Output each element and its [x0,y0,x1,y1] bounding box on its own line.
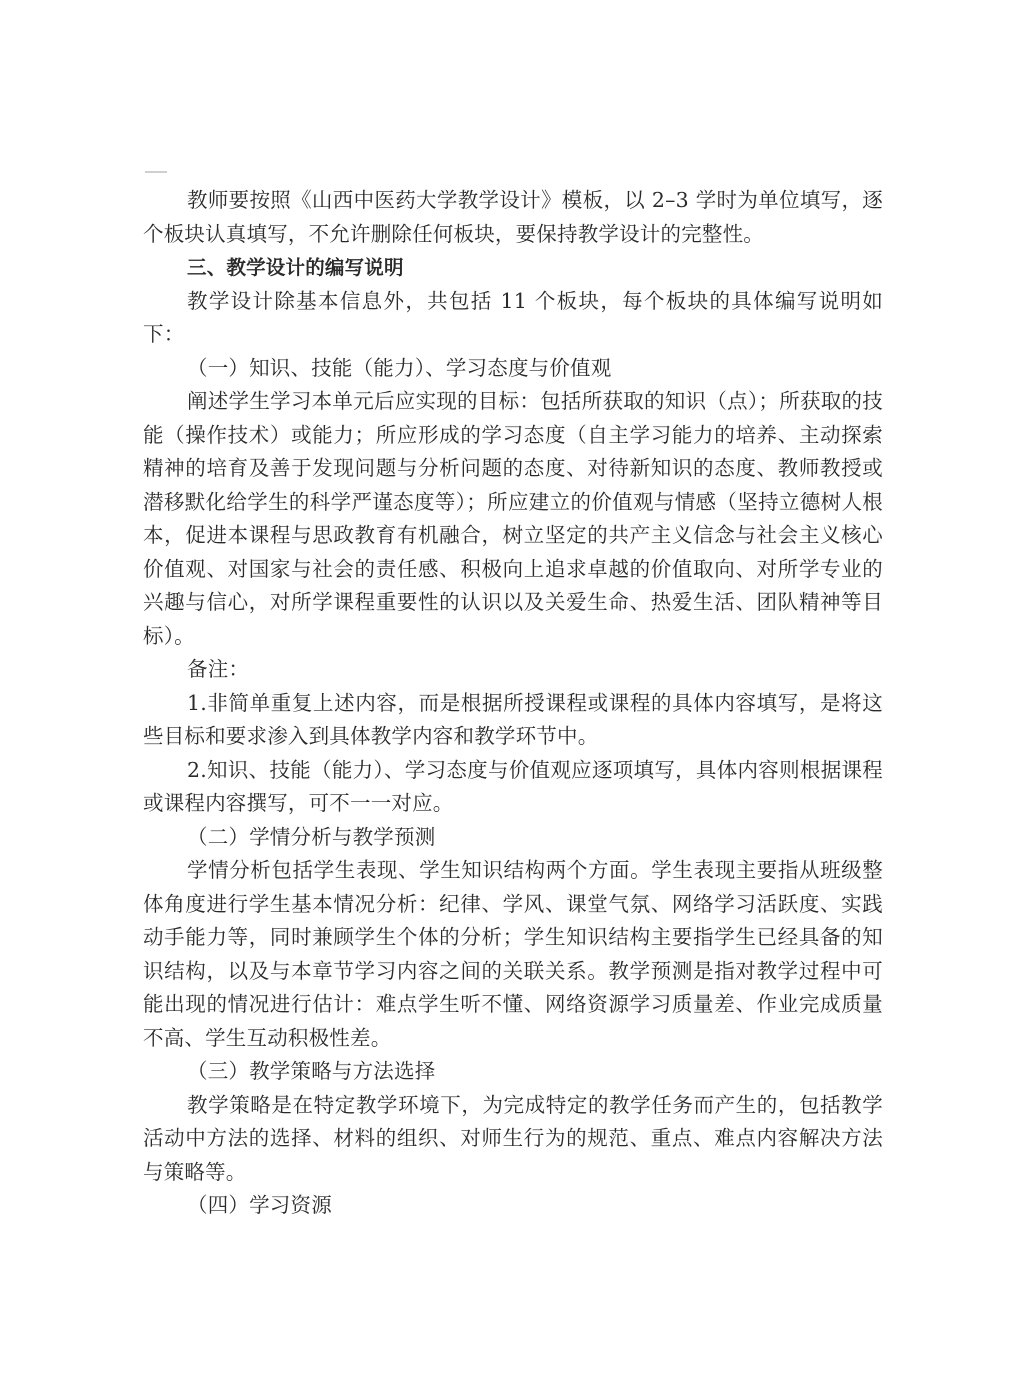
note-item-1: 1.非简单重复上述内容，而是根据所授课程或课程的具体内容填写，是将这些目标和要求… [143,687,883,754]
student-analysis-paragraph: 学情分析包括学生表现、学生知识结构两个方面。学生表现主要指从班级整体角度进行学生… [143,854,883,1055]
strategy-paragraph: 教学策略是在特定教学环境下，为完成特定的教学任务而产生的，包括教学活动中方法的选… [143,1089,883,1190]
subheading-4: （四）学习资源 [143,1189,883,1223]
document-page: 教师要按照《山西中医药大学教学设计》模板，以 2–3 学时为单位填写，逐个板块认… [143,184,883,1223]
section-heading-3: 三、教学设计的编写说明 [143,251,883,285]
scan-artifact-mark [145,171,167,173]
notes-label: 备注： [143,653,883,687]
intro-paragraph: 教师要按照《山西中医药大学教学设计》模板，以 2–3 学时为单位填写，逐个板块认… [143,184,883,251]
note-item-2: 2.知识、技能（能力）、学习态度与价值观应逐项填写，具体内容则根据课程或课程内容… [143,754,883,821]
subheading-1: （一）知识、技能（能力）、学习态度与价值观 [143,352,883,386]
objectives-paragraph: 阐述学生学习本单元后应实现的目标：包括所获取的知识（点）；所获取的技能（操作技术… [143,385,883,653]
section-intro-paragraph: 教学设计除基本信息外，共包括 11 个板块，每个板块的具体编写说明如下： [143,285,883,352]
subheading-2: （二）学情分析与教学预测 [143,821,883,855]
subheading-3: （三）教学策略与方法选择 [143,1055,883,1089]
